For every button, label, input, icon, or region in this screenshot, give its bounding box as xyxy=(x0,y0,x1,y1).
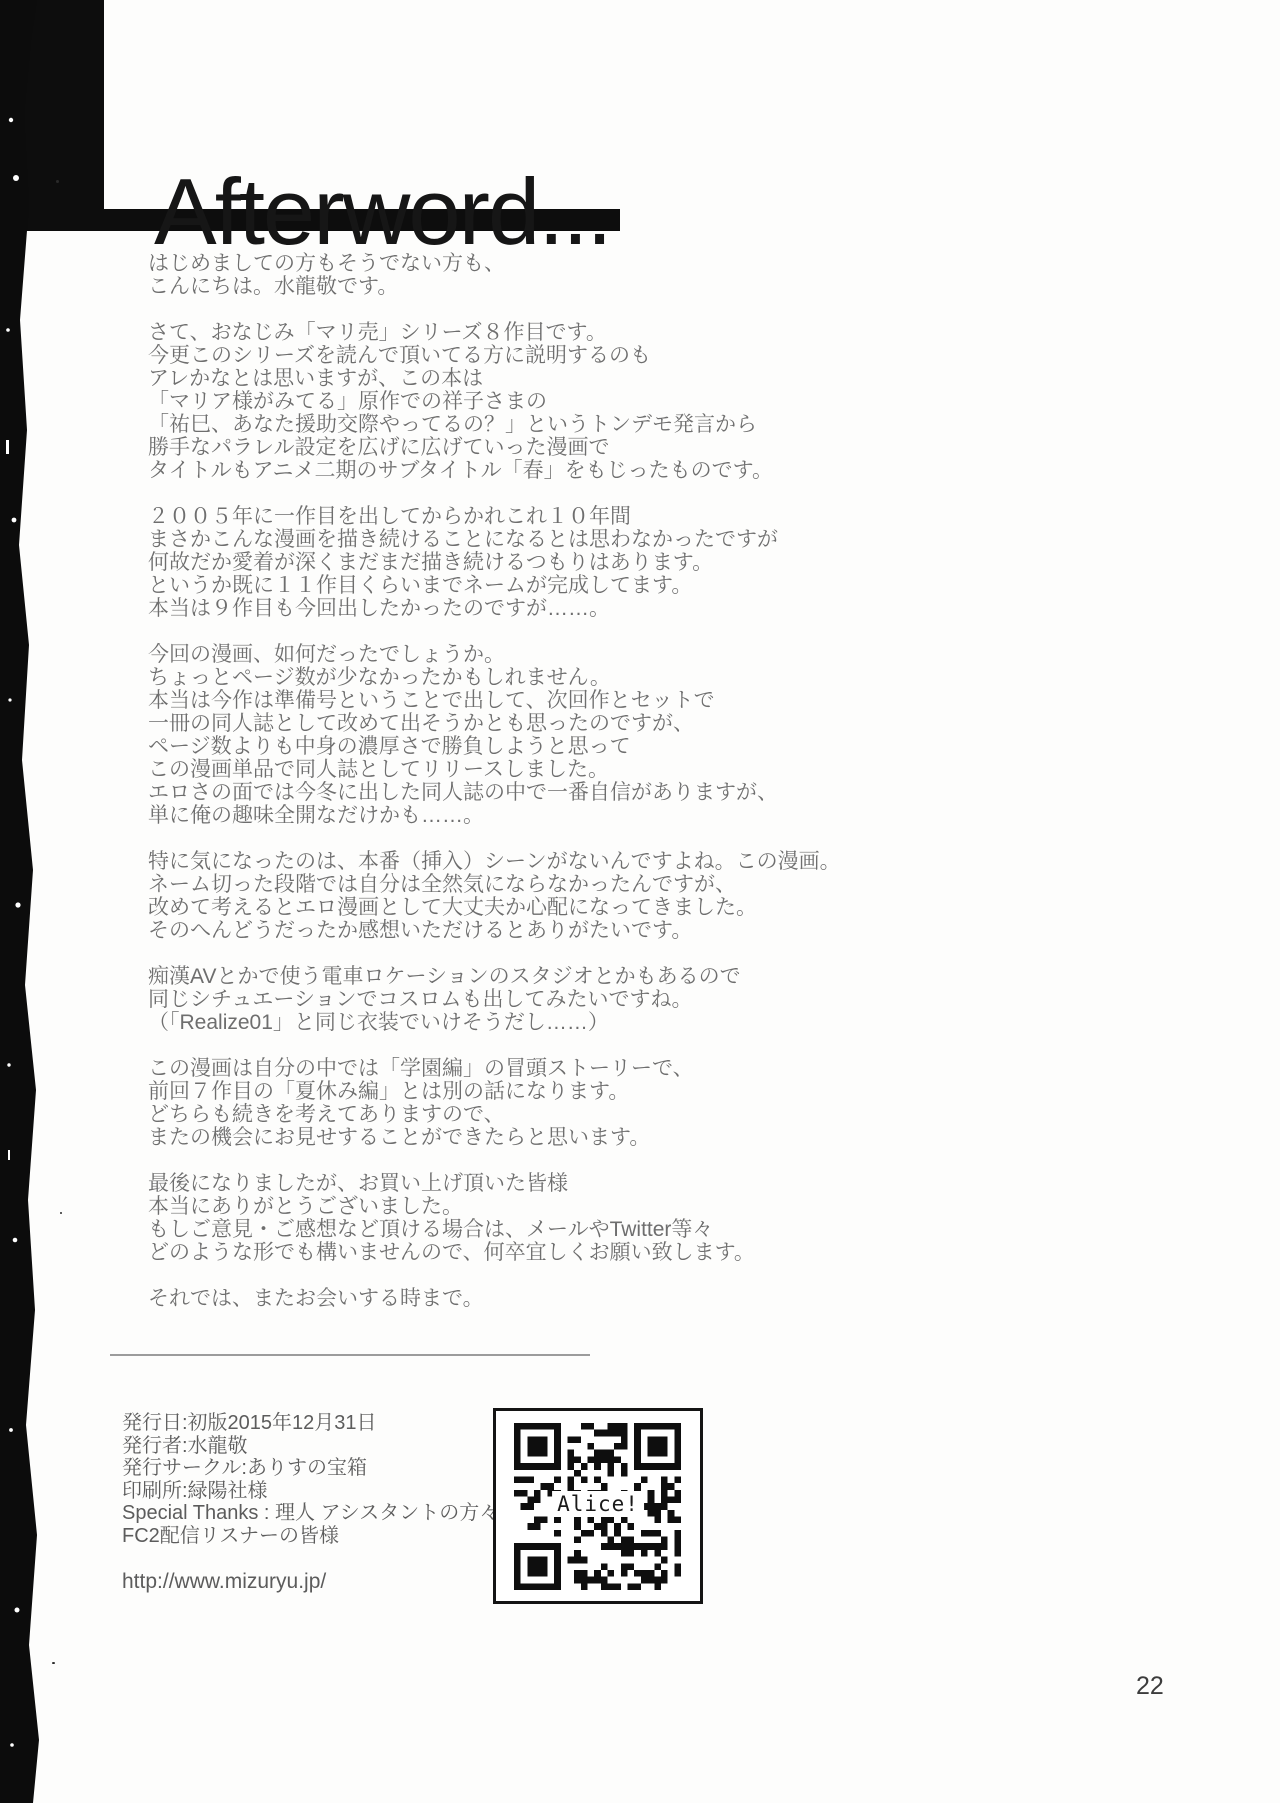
text-line: 痴漢AVとかで使う電車ロケーションのスタジオとかもあるので xyxy=(148,965,788,988)
paragraph: ２００５年に一作目を出してからかれこれ１０年間まさかこんな漫画を描き続けることに… xyxy=(148,505,788,620)
text-line: というか既に１１作目くらいまでネームが完成してます。 xyxy=(148,574,788,597)
divider-line xyxy=(110,1354,590,1356)
text-line: この漫画単品で同人誌としてリリースしました。 xyxy=(148,758,788,781)
paragraph: 痴漢AVとかで使う電車ロケーションのスタジオとかもあるので同じシチュエーションで… xyxy=(148,965,788,1034)
ragged-edge-shape xyxy=(0,0,48,1803)
scan-binding-edge xyxy=(0,0,48,1803)
text-line: ２００５年に一作目を出してからかれこれ１０年間 xyxy=(148,505,788,528)
website-url: http://www.mizuryu.jp/ xyxy=(122,1570,326,1594)
text-line: 何故だか愛着が深くまだまだ描き続けるつもりはあります。 xyxy=(148,551,788,574)
colophon-line: 発行者:水龍敬 xyxy=(122,1435,499,1458)
text-line: （「Realize01」と同じ衣装でいけそうだし……） xyxy=(148,1011,788,1034)
paragraph: この漫画は自分の中では「学園編」の冒頭ストーリーで、前回７作目の「夏休み編」とは… xyxy=(148,1057,788,1149)
page-title: Afterword... xyxy=(154,165,611,259)
text-line: 最後になりましたが、お買い上げ頂いた皆様 xyxy=(148,1172,788,1195)
colophon-line: 印刷所:緑陽社様 xyxy=(122,1480,499,1503)
text-line: 同じシチュエーションでコスロムも出してみたいですね。 xyxy=(148,988,788,1011)
text-line: それでは、またお会いする時まで。 xyxy=(148,1287,788,1310)
page-number: 22 xyxy=(1136,1672,1164,1701)
text-line: もしご意見・ご感想など頂ける場合は、メールやTwitter等々 xyxy=(148,1218,788,1241)
text-line: 単に俺の趣味全開なだけかも……。 xyxy=(148,804,788,827)
text-line: まさかこんな漫画を描き続けることになるとは思わなかったですが xyxy=(148,528,788,551)
text-line: そのへんどうだったか感想いただけるとありがたいです。 xyxy=(148,919,788,942)
text-line: 本当は今作は準備号ということで出して、次回作とセットで xyxy=(148,689,788,712)
scan-speck xyxy=(56,180,59,183)
text-line: どちらも続きを考えてありますので、 xyxy=(148,1103,788,1126)
text-line: 今更このシリーズを読んで頂いてる方に説明するのも xyxy=(148,344,788,367)
text-line: 特に気になったのは、本番（挿入）シーンがないんですよね。この漫画。 xyxy=(148,850,788,873)
text-line: ページ数よりも中身の濃厚さで勝負しようと思って xyxy=(148,735,788,758)
text-line: ネーム切った段階では自分は全然気にならなかったんですが、 xyxy=(148,873,788,896)
text-line: こんにちは。水龍敬です。 xyxy=(148,275,788,298)
text-line: 「祐巳、あなた援助交際やってるの？」というトンデモ発言から xyxy=(148,413,788,436)
text-line: タイトルもアニメ二期のサブタイトル「春」をもじったものです。 xyxy=(148,459,788,482)
text-line: 改めて考えるとエロ漫画として大丈夫か心配になってきました。 xyxy=(148,896,788,919)
text-line: アレかなとは思いますが、この本は xyxy=(148,367,788,390)
text-line: エロさの面では今冬に出した同人誌の中で一番自信がありますが、 xyxy=(148,781,788,804)
afterword-body: はじめましての方もそうでない方も、こんにちは。水龍敬です。さて、おなじみ「マリ売… xyxy=(148,252,788,1333)
text-line: はじめましての方もそうでない方も、 xyxy=(148,252,788,275)
qr-code: Alice! xyxy=(493,1408,703,1604)
paragraph: はじめましての方もそうでない方も、こんにちは。水龍敬です。 xyxy=(148,252,788,298)
text-line: どのような形でも構いませんので、何卒宜しくお願い致します。 xyxy=(148,1241,788,1264)
text-line: 今回の漫画、如何だったでしょうか。 xyxy=(148,643,788,666)
paragraph: それでは、またお会いする時まで。 xyxy=(148,1287,788,1310)
colophon-line: 発行日:初版2015年12月31日 xyxy=(122,1412,499,1435)
text-line: さて、おなじみ「マリ売」シリーズ８作目です。 xyxy=(148,321,788,344)
scan-speck xyxy=(52,1662,55,1664)
qr-center-label: Alice! xyxy=(552,1491,644,1517)
text-line: この漫画は自分の中では「学園編」の冒頭ストーリーで、 xyxy=(148,1057,788,1080)
colophon-line: FC2配信リスナーの皆様 xyxy=(122,1525,499,1548)
text-line: 本当は９作目も今回出したかったのですが……。 xyxy=(148,597,788,620)
text-line: 「マリア様がみてる」原作での祥子さまの xyxy=(148,390,788,413)
paragraph: 最後になりましたが、お買い上げ頂いた皆様本当にありがとうございました。もしご意見… xyxy=(148,1172,788,1264)
colophon-line: 発行サークル:ありすの宝箱 xyxy=(122,1457,499,1480)
paragraph: さて、おなじみ「マリ売」シリーズ８作目です。今更このシリーズを読んで頂いてる方に… xyxy=(148,321,788,482)
paragraph: 今回の漫画、如何だったでしょうか。ちょっとページ数が少なかったかもしれません。本… xyxy=(148,643,788,827)
text-line: 前回７作目の「夏休み編」とは別の話になります。 xyxy=(148,1080,788,1103)
scan-speck xyxy=(60,1212,62,1214)
text-line: またの機会にお見せすることができたらと思います。 xyxy=(148,1126,788,1149)
colophon-line: Special Thanks : 理人 アシスタントの方々 xyxy=(122,1502,499,1525)
paragraph: 特に気になったのは、本番（挿入）シーンがないんですよね。この漫画。ネーム切った段… xyxy=(148,850,788,942)
text-line: 勝手なパラレル設定を広げに広げていった漫画で xyxy=(148,436,788,459)
text-line: ちょっとページ数が少なかったかもしれません。 xyxy=(148,666,788,689)
text-line: 一冊の同人誌として改めて出そうかとも思ったのですが、 xyxy=(148,712,788,735)
colophon: 発行日:初版2015年12月31日発行者:水龍敬発行サークル:ありすの宝箱印刷所… xyxy=(122,1412,499,1547)
text-line: 本当にありがとうございました。 xyxy=(148,1195,788,1218)
scanned-afterword-page: { "title": "Afterword...", "page_number"… xyxy=(0,0,1280,1803)
